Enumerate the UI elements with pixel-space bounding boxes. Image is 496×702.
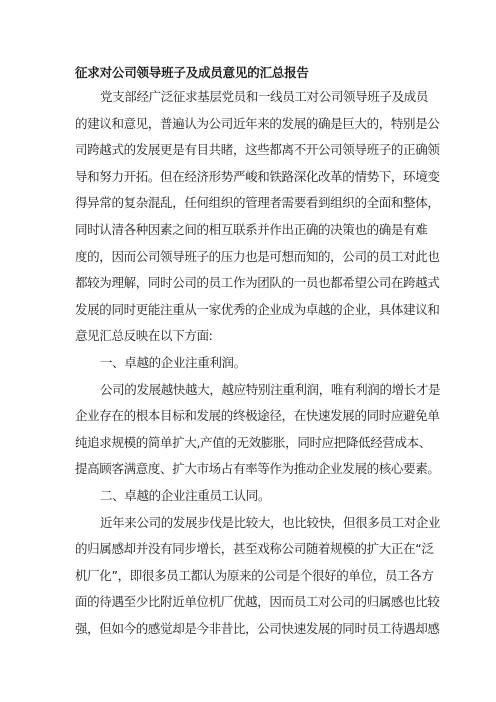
document-page: 征求对公司领导班子及成员意见的汇总报告 党支部经广泛征求基层党员和一线员工对公司… — [75, 62, 423, 642]
section-heading-1: 一、卓越的企业注重利润。 — [75, 350, 423, 377]
paragraph-line: 得异常的复杂混乱，任何组织的管理者需要看到组织的全面和整体， — [75, 190, 423, 217]
paragraph-line: 强，但如今的感觉却是今非昔比，公司快速发展的同时员工待遇却感 — [75, 616, 423, 643]
paragraph-line: 度的，因而公司领导班子的压力也是可想而知的，公司的员工对此也 — [75, 244, 423, 271]
paragraph-line: 导和努力开拓。但在经济形势严峻和铁路深化改革的情势下，环境变 — [75, 164, 423, 191]
paragraph-line: 的建议和意见，普遍认为公司近年来的发展的确是巨大的，特别是公 — [75, 111, 423, 138]
paragraph-line: 都较为理解，同时公司的员工作为团队的一员也都希望公司在跨越式 — [75, 270, 423, 297]
paragraph-line: 同时认清各种因素之间的相互联系并作出正确的决策也的确是有难 — [75, 217, 423, 244]
paragraph-line: 近年来公司的发展步伐是比较大，也比较快，但很多员工对企业 — [75, 510, 423, 537]
paragraph-line: 的归属感却并没有同步增长，甚至戏称公司随着规模的扩大正在“泛 — [75, 536, 423, 563]
paragraph-line: 党支部经广泛征求基层党员和一线员工对公司领导班子及成员 — [75, 84, 423, 111]
paragraph-line: 面的待遇至少比附近单位机厂优越，因而员工对公司的归属感也比较 — [75, 589, 423, 616]
paragraph-line: 发展的同时更能注重从一家优秀的企业成为卓越的企业，具体建议和 — [75, 297, 423, 324]
paragraph-line: 机厂化”，即很多员工都认为原来的公司是个很好的单位，员工各方 — [75, 563, 423, 590]
paragraph-line: 提高顾客满意度、扩大市场占有率等作为推动企业发展的核心要素。 — [75, 456, 423, 483]
paragraph-line: 司跨越式的发展更是有目共睹，这些都离不开公司领导班子的正确领 — [75, 137, 423, 164]
paragraph-line: 意见汇总反映在以下方面: — [75, 323, 423, 350]
paragraph-line: 纯追求规模的简单扩大,产值的无效膨胀，同时应把降低经营成本、 — [75, 430, 423, 457]
document-title: 征求对公司领导班子及成员意见的汇总报告 — [75, 62, 423, 84]
paragraph-line: 企业存在的根本目标和发展的终极途径，在快速发展的同时应避免单 — [75, 403, 423, 430]
section-heading-2: 二、卓越的企业注重员工认同。 — [75, 483, 423, 510]
paragraph-line: 公司的发展越快越大，越应特别注重利润，唯有利润的增长才是 — [75, 377, 423, 404]
document-body: 党支部经广泛征求基层党员和一线员工对公司领导班子及成员 的建议和意见，普遍认为公… — [75, 84, 423, 642]
